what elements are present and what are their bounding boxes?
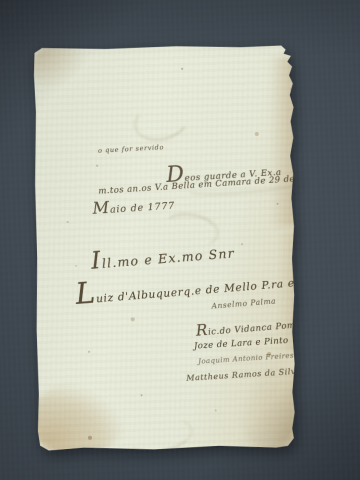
signature: Mattheus Ramos da Silveira xyxy=(186,366,314,383)
signature: Joaquim Antonio Freires xyxy=(198,352,294,366)
manuscript-paper: o que for servido Deos guarde a V. Ex.a … xyxy=(33,45,297,452)
signature: Ric.do Vidanca Pombal xyxy=(195,313,311,340)
ink-showthrough-mark xyxy=(130,96,194,147)
handwritten-dateline-year: Maio de 1777 xyxy=(92,194,176,218)
paper-sheet-wrapper: o que for servido Deos guarde a V. Ex.a … xyxy=(33,45,297,452)
stain-top-left-corner xyxy=(31,45,87,90)
stain-right-edge xyxy=(269,57,299,227)
ink-showthrough-mark xyxy=(121,413,195,457)
handwritten-annotation-line: o que for servido xyxy=(98,143,164,155)
manuscript-photograph: o que for servido Deos guarde a V. Ex.a … xyxy=(0,0,360,480)
foxing-spots xyxy=(181,68,183,70)
stain-bottom-left-corner xyxy=(28,382,125,457)
